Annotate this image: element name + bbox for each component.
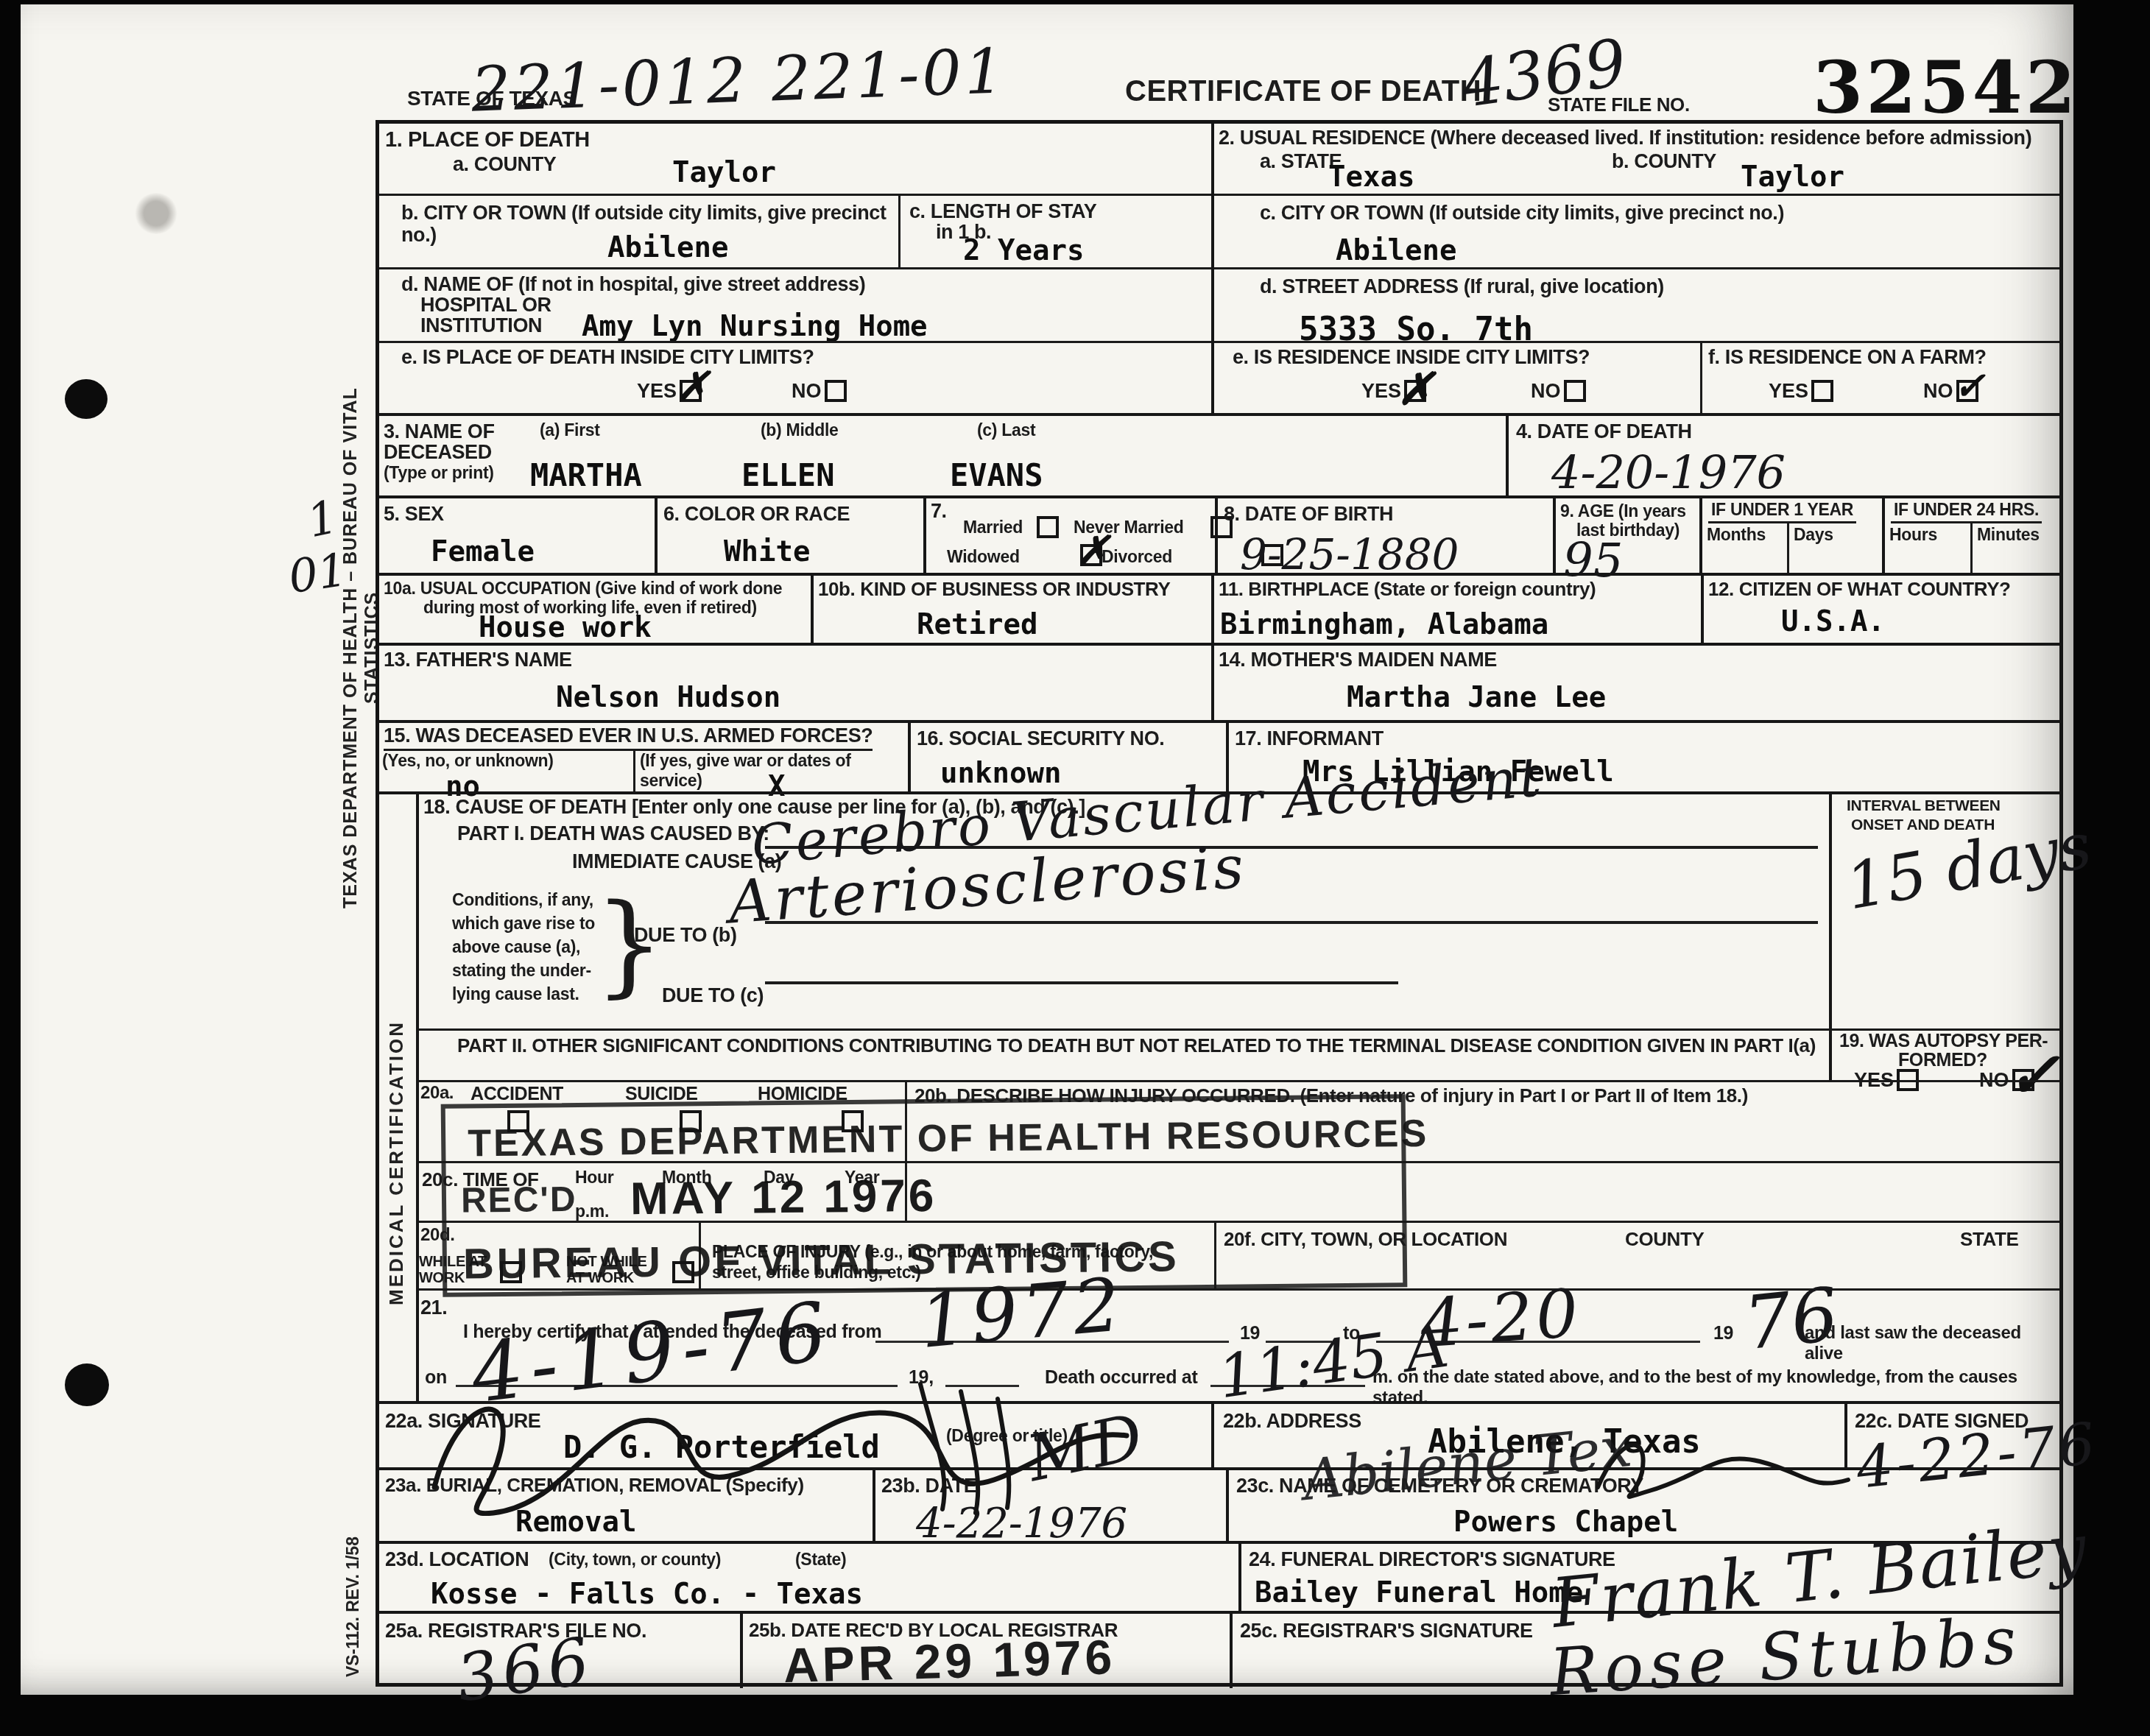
street-address-label: d. STREET ADDRESS (If rural, give locati… bbox=[1260, 275, 1664, 297]
due-to-b-label: DUE TO (b) bbox=[634, 924, 737, 946]
city-value: Abilene bbox=[607, 231, 728, 264]
minutes-label: Minutes bbox=[1977, 525, 2040, 545]
pod-no-checkbox bbox=[825, 380, 847, 402]
res-farm-label: f. IS RESIDENCE ON A FARM? bbox=[1708, 346, 1987, 368]
section-registrar-signature: 25c. REGISTRAR'S SIGNATURE Rose Stubbs bbox=[1230, 1614, 2059, 1688]
middle-name-label: (b) Middle bbox=[761, 420, 839, 440]
x-mark: ✗ bbox=[677, 364, 709, 409]
business-label: 10b. KIND OF BUSINESS OR INDUSTRY bbox=[818, 579, 1170, 600]
res-county-label: b. COUNTY bbox=[1612, 150, 1716, 172]
interval-label1: INTERVAL BETWEEN bbox=[1847, 797, 2001, 815]
section-mothers-maiden-name: 14. MOTHER'S MAIDEN NAME Martha Jane Lee bbox=[1211, 646, 2059, 720]
physician-signature-scribble bbox=[412, 1340, 1149, 1531]
certify-text-e: and last saw the deceased alive bbox=[1805, 1323, 2059, 1364]
length-of-stay-cell: c. LENGTH OF STAY in 1 b. 2 Years bbox=[898, 196, 1211, 267]
section-fathers-name: 13. FATHER'S NAME Nelson Hudson bbox=[379, 646, 1211, 720]
section-armed-forces: 15. WAS DECEASED EVER IN U.S. ARMED FORC… bbox=[379, 723, 908, 791]
citizen-label: 12. CITIZEN OF WHAT COUNTRY? bbox=[1708, 579, 2011, 600]
armed-forces-label: 15. WAS DECEASED EVER IN U.S. ARMED FORC… bbox=[384, 724, 873, 751]
name-label3: (Type or print) bbox=[384, 463, 494, 483]
days-label: Days bbox=[1794, 525, 1833, 545]
occupation-label1: 10a. USUAL OCCUPATION (Give kind of work… bbox=[384, 579, 782, 599]
section-registrar-file: 25a. REGISTRAR'S FILE NO. 366 bbox=[379, 1614, 740, 1688]
conditions-line5: lying cause last. bbox=[452, 984, 579, 1004]
informant-label: 17. INFORMANT bbox=[1235, 727, 1384, 749]
section-kind-of-business: 10b. KIND OF BUSINESS OR INDUSTRY Retire… bbox=[811, 576, 1211, 643]
place-of-death-title: 1. PLACE OF DEATH bbox=[385, 128, 590, 152]
occupation-value: House work bbox=[479, 611, 652, 644]
part1-label: PART I. DEATH WAS CAUSED BY: bbox=[457, 822, 769, 844]
institution-label3: INSTITUTION bbox=[420, 314, 542, 336]
farm-yes-checkbox bbox=[1811, 380, 1833, 402]
part2-label: PART II. OTHER SIGNIFICANT CONDITIONS CO… bbox=[457, 1035, 1816, 1056]
section-sex: 5. SEX Female bbox=[379, 498, 655, 573]
stamped-state-file-number: 32542 bbox=[1813, 46, 2079, 130]
date-received-stamp: APR 29 1976 bbox=[783, 1629, 1116, 1693]
pod-yes-checkbox: ✗ bbox=[680, 380, 702, 402]
last-name-value: EVANS bbox=[950, 457, 1043, 493]
sex-value: Female bbox=[431, 535, 535, 568]
section-citizen: 12. CITIZEN OF WHAT COUNTRY? U.S.A. bbox=[1701, 576, 2059, 643]
location-sub2: (State) bbox=[795, 1550, 846, 1570]
address-label: 22b. ADDRESS bbox=[1223, 1410, 1361, 1432]
due-to-c-line bbox=[765, 981, 1398, 984]
res-city-limits-cell: e. IS RESIDENCE INSIDE CITY LIMITS? YES … bbox=[1214, 343, 1700, 413]
name-label2: DECEASED bbox=[384, 441, 492, 463]
sex-label: 5. SEX bbox=[384, 503, 444, 525]
section-usual-occupation: 10a. USUAL OCCUPATION (Give kind of work… bbox=[379, 576, 811, 643]
divorced-label: Divorced bbox=[1102, 547, 1172, 567]
accident-label: ACCIDENT bbox=[470, 1084, 563, 1104]
location-sub1: (City, town, or county) bbox=[549, 1550, 721, 1570]
margin-handwritten-01: 01 bbox=[285, 543, 350, 604]
res-county-value: Taylor bbox=[1741, 160, 1844, 194]
res-city-value: Abilene bbox=[1336, 234, 1456, 267]
dob-value: 9-25-1880 bbox=[1240, 529, 1459, 579]
accident-number: 20a. bbox=[420, 1084, 454, 1104]
section-place-of-death: 1. PLACE OF DEATH a. COUNTY Taylor b. CI… bbox=[379, 124, 1211, 413]
stamp-recd: REC'D bbox=[461, 1179, 577, 1221]
x-mark: ✗ bbox=[1397, 364, 1434, 415]
ssn-label: 16. SOCIAL SECURITY NO. bbox=[917, 727, 1164, 749]
institution-value: Amy Lyn Nursing Home bbox=[582, 310, 928, 343]
res-city-limits-yes: YES ✗ bbox=[1361, 380, 1426, 403]
punch-hole-bottom bbox=[65, 1363, 109, 1406]
funeral-home-value: Bailey Funeral Home bbox=[1255, 1576, 1583, 1609]
widowed-checkbox: ✗ bbox=[1080, 544, 1102, 566]
mother-label: 14. MOTHER'S MAIDEN NAME bbox=[1219, 649, 1497, 671]
county-column-label: COUNTY bbox=[1625, 1229, 1704, 1250]
months-label: Months bbox=[1707, 525, 1766, 545]
section-date-of-birth: 8. DATE OF BIRTH 9-25-1880 bbox=[1215, 498, 1553, 573]
married-checkbox bbox=[1037, 516, 1059, 538]
section-color-or-race: 6. COLOR OR RACE White bbox=[655, 498, 923, 573]
first-name-value: MARTHA bbox=[530, 457, 642, 493]
conditions-line2: which gave rise to bbox=[452, 914, 595, 934]
state-column-label: STATE bbox=[1960, 1229, 2018, 1250]
check-mark: ✓ bbox=[1953, 364, 1986, 409]
section-birthplace: 11. BIRTHPLACE (State or foreign country… bbox=[1211, 576, 1701, 643]
middle-name-value: ELLEN bbox=[741, 457, 834, 493]
under-1-year-label: IF UNDER 1 YEAR bbox=[1708, 500, 1856, 523]
location-label: 23d. LOCATION bbox=[385, 1548, 529, 1570]
marital-number: 7. bbox=[931, 500, 947, 522]
section-cause-of-death: 18. CAUSE OF DEATH [Enter only one cause… bbox=[419, 794, 1829, 1028]
dob-label: 8. DATE OF BIRTH bbox=[1224, 503, 1393, 525]
certify-text-d: 19 bbox=[1713, 1323, 1733, 1344]
section-autopsy: 19. WAS AUTOPSY PER- FORMED? YES NO ✓ bbox=[1829, 1031, 2059, 1080]
father-label: 13. FATHER'S NAME bbox=[384, 649, 572, 671]
armed-forces-sub1: (Yes, no, or unknown) bbox=[382, 751, 554, 771]
res-farm-yes: YES bbox=[1769, 380, 1833, 403]
autopsy-label2: FORMED? bbox=[1898, 1050, 1987, 1070]
stamp-date: MAY 12 1976 bbox=[630, 1170, 937, 1225]
county-label: a. COUNTY bbox=[453, 153, 556, 175]
section-name-of-deceased: 3. NAME OF DECEASED (Type or print) (a) … bbox=[379, 416, 1506, 495]
first-name-label: (a) First bbox=[540, 420, 600, 440]
conditions-line3: above cause (a), bbox=[452, 937, 580, 957]
conditions-line4: stating the under- bbox=[452, 961, 591, 981]
section-marital-status: 7. Married Never Married Widowed ✗ Divor… bbox=[923, 498, 1215, 573]
pod-city-limits-yes: YES ✗ bbox=[637, 380, 702, 403]
date-of-death-value: 4-20-1976 bbox=[1551, 445, 1786, 499]
punch-hole-top bbox=[65, 379, 107, 419]
medical-certification-label: MEDICAL CERTIFICATION bbox=[385, 1008, 408, 1317]
section-funeral-director: 24. FUNERAL DIRECTOR'S SIGNATURE Bailey … bbox=[1238, 1544, 2059, 1611]
section-date-signed: 22c. DATE SIGNED 4-22-76 bbox=[1844, 1404, 2059, 1467]
location-value: Kosse - Falls Co. - Texas bbox=[431, 1578, 863, 1611]
scan-smudge bbox=[134, 193, 178, 234]
mother-value: Martha Jane Lee bbox=[1347, 681, 1606, 714]
usual-residence-title: 2. USUAL RESIDENCE (Where deceased lived… bbox=[1219, 127, 2031, 149]
age-label1: 9. AGE (In years bbox=[1560, 501, 1686, 521]
due-to-c-label: DUE TO (c) bbox=[662, 984, 764, 1006]
citizen-value: U.S.A. bbox=[1781, 605, 1885, 638]
section-burial-location: 23d. LOCATION (City, town, or county) (S… bbox=[379, 1544, 1238, 1611]
res-city-label: c. CITY OR TOWN (If outside city limits,… bbox=[1260, 202, 1784, 224]
institution-label1: d. NAME OF (If not in hospital, give str… bbox=[401, 273, 865, 295]
length-of-stay-label: c. LENGTH OF STAY bbox=[909, 200, 1096, 222]
married-label: Married bbox=[963, 518, 1023, 537]
pod-city-limits-no: NO bbox=[792, 380, 847, 403]
cemetery-value: Powers Chapel bbox=[1453, 1506, 1678, 1539]
res-yes-checkbox: ✗ bbox=[1404, 380, 1426, 402]
section-age: 9. AGE (In years last birthday) 95 bbox=[1553, 498, 1699, 573]
last-name-label: (c) Last bbox=[977, 420, 1035, 440]
city-or-town-cell: b. CITY OR TOWN (If outside city limits,… bbox=[379, 196, 898, 267]
health-dept-stamp: TEXAS DEPARTMENT OF HEALTH RESOURCES REC… bbox=[441, 1094, 1408, 1297]
section-part2: PART II. OTHER SIGNIFICANT CONDITIONS CO… bbox=[419, 1031, 1829, 1080]
res-farm-cell: f. IS RESIDENCE ON A FARM? YES NO ✓ bbox=[1700, 343, 2059, 413]
registrar-signature-label: 25c. REGISTRAR'S SIGNATURE bbox=[1240, 1620, 1533, 1642]
pod-city-limits-label: e. IS PLACE OF DEATH INSIDE CITY LIMITS? bbox=[401, 346, 814, 368]
state-value: Texas bbox=[1328, 160, 1414, 194]
ssn-value: unknown bbox=[940, 757, 1061, 790]
section-date-received: 25b. DATE REC'D BY LOCAL REGISTRAR APR 2… bbox=[740, 1614, 1230, 1688]
birthplace-value: Birmingham, Alabama bbox=[1220, 608, 1548, 641]
section-interval: INTERVAL BETWEEN ONSET AND DEATH 15 days bbox=[1829, 794, 2059, 1028]
cemetery-label: 23c. NAME OF CEMETERY OR CREMATORY bbox=[1236, 1475, 1643, 1497]
farm-no-checkbox: ✓ bbox=[1956, 380, 1978, 402]
margin-form-code: VS-112. REV. 1/58 bbox=[343, 1528, 363, 1686]
business-value: Retired bbox=[917, 608, 1037, 641]
stamp-line1: TEXAS DEPARTMENT OF HEALTH RESOURCES bbox=[468, 1112, 1429, 1166]
stamp-line2: BUREAU OF VITAL STATISTICS bbox=[463, 1232, 1180, 1288]
section-if-under-1-year: IF UNDER 1 YEAR Months Days bbox=[1699, 498, 1882, 573]
section-usual-residence: 2. USUAL RESIDENCE (Where deceased lived… bbox=[1211, 124, 2059, 413]
length-of-stay-value: 2 Years bbox=[963, 234, 1084, 267]
birthplace-label: 11. BIRTHPLACE (State or foreign country… bbox=[1219, 579, 1596, 600]
certificate-title: CERTIFICATE OF DEATH bbox=[1125, 75, 1481, 108]
county-value: Taylor bbox=[672, 156, 776, 189]
section-if-under-24-hrs: IF UNDER 24 HRS. Hours Minutes bbox=[1882, 498, 2059, 573]
institution-label2: HOSPITAL OR bbox=[420, 294, 551, 316]
father-value: Nelson Hudson bbox=[556, 681, 780, 714]
certification-number: 21. bbox=[420, 1296, 447, 1319]
res-no-checkbox bbox=[1564, 380, 1586, 402]
section-date-of-death: 4. DATE OF DEATH 4-20-1976 bbox=[1506, 416, 2059, 495]
date-of-death-label: 4. DATE OF DEATH bbox=[1516, 420, 1692, 442]
race-value: White bbox=[724, 535, 810, 568]
address-scribble bbox=[1590, 1421, 1855, 1509]
widowed-label: Widowed bbox=[947, 547, 1020, 567]
under-24-hrs-label: IF UNDER 24 HRS. bbox=[1891, 500, 2042, 523]
res-city-limits-no: NO bbox=[1531, 380, 1586, 403]
medical-certification-strip: MEDICAL CERTIFICATION bbox=[379, 794, 416, 1401]
name-label1: 3. NAME OF bbox=[384, 420, 495, 442]
res-farm-no: NO ✓ bbox=[1923, 380, 1978, 403]
conditions-line1: Conditions, if any, bbox=[452, 890, 593, 910]
hours-label: Hours bbox=[1889, 525, 1937, 545]
state-file-no-label: STATE FILE NO. bbox=[1548, 94, 1690, 116]
race-label: 6. COLOR OR RACE bbox=[663, 503, 850, 525]
